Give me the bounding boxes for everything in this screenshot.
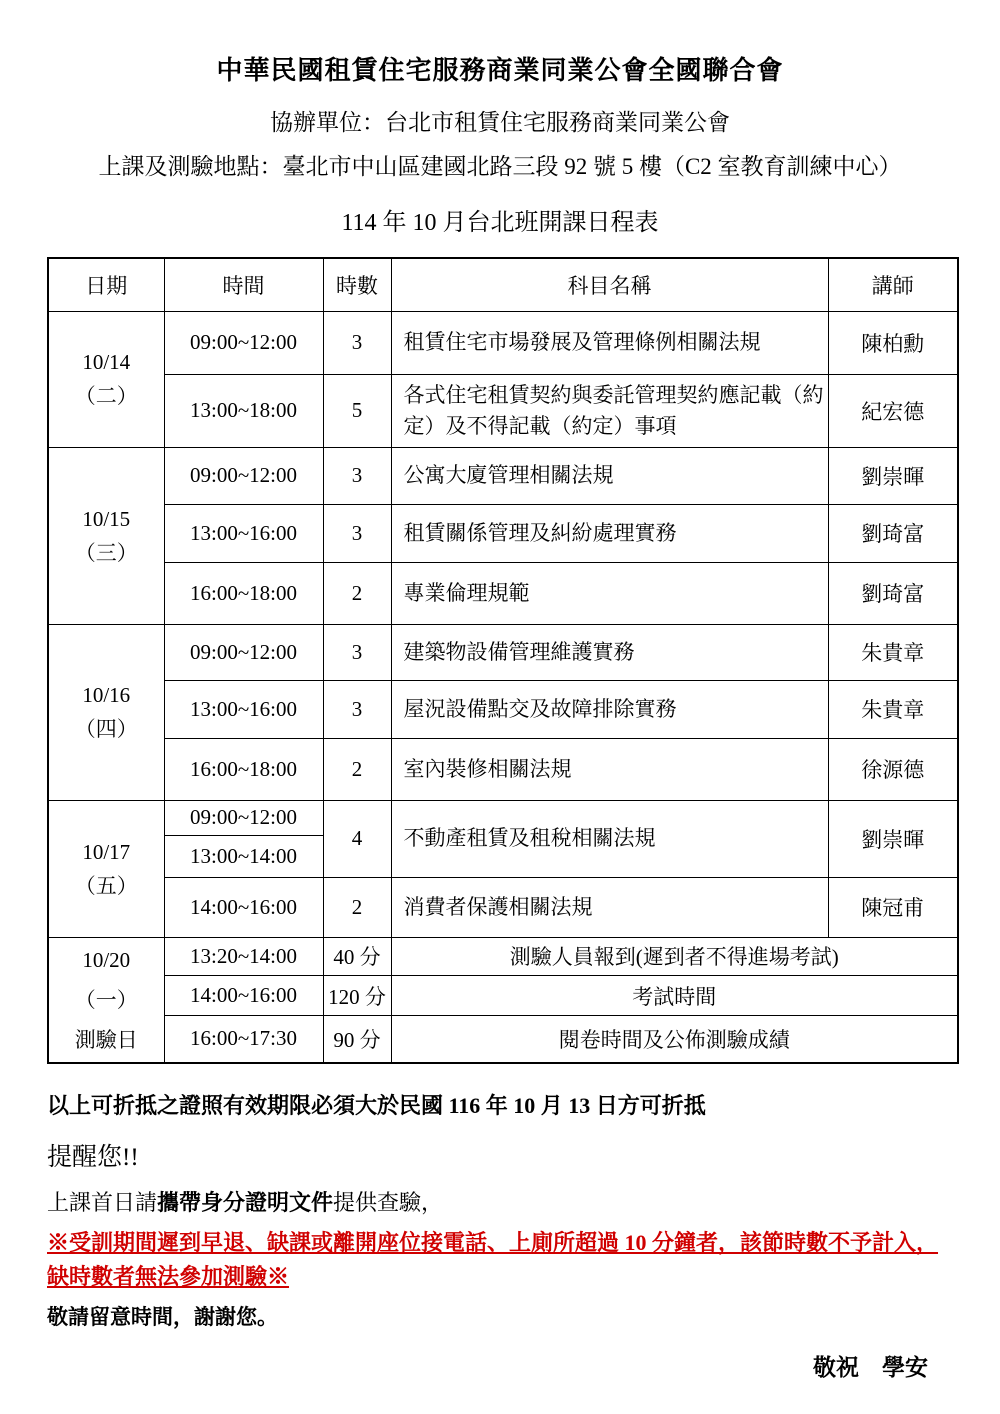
table-row: 10/14 （二） 09:00~12:00 3 租賃住宅市場發展及管理條例相關法… <box>48 311 958 374</box>
table-row: 13:00~18:00 5 各式住宅租賃契約與委託管理契約應記載（約定）及不得記… <box>48 374 958 447</box>
teacher-cell: 劉崇暉 <box>828 447 958 504</box>
hours-cell: 3 <box>323 680 391 738</box>
salutation: 敬祝 學安 <box>47 1349 960 1382</box>
teacher-cell: 朱貴章 <box>828 624 958 680</box>
hours-cell: 3 <box>323 311 391 374</box>
subject-cell: 租賃住宅市場發展及管理條例相關法規 <box>391 311 828 374</box>
date-label: 10/20 <box>53 940 160 980</box>
weekday-label: （三） <box>53 536 160 570</box>
organization-title: 中華民國租賃住宅服務商業同業公會全國聯合會 <box>0 50 1000 87</box>
teacher-cell: 陳柏勳 <box>828 311 958 374</box>
date-label: 10/16 <box>53 678 160 712</box>
id-line-suffix: 提供查驗， <box>333 1190 443 1215</box>
subject-cell: 室內裝修相關法規 <box>391 738 828 800</box>
date-cell-10-14: 10/14 （二） <box>48 311 164 447</box>
subject-cell: 考試時間 <box>391 975 958 1015</box>
column-header-subject: 科目名稱 <box>391 258 828 311</box>
column-header-date: 日期 <box>48 258 164 311</box>
table-row: 10/16 （四） 09:00~12:00 3 建築物設備管理維護實務 朱貴章 <box>48 624 958 680</box>
teacher-cell: 紀宏德 <box>828 374 958 447</box>
table-row: 10/15 （三） 09:00~12:00 3 公寓大廈管理相關法規 劉崇暉 <box>48 447 958 504</box>
table-header-row: 日期 時間 時數 科目名稱 講師 <box>48 258 958 311</box>
time-cell: 16:00~18:00 <box>164 738 323 800</box>
weekday-label: （五） <box>53 869 160 903</box>
time-cell: 13:00~16:00 <box>164 504 323 562</box>
hours-cell: 4 <box>323 800 391 877</box>
time-cell: 14:00~16:00 <box>164 877 323 937</box>
teacher-cell: 徐源德 <box>828 738 958 800</box>
table-row: 13:00~16:00 3 屋況設備點交及故障排除實務 朱貴章 <box>48 680 958 738</box>
teacher-cell: 陳冠甫 <box>828 877 958 937</box>
attendance-warning-line-1: ※受訓期間遲到早退、缺課或離開座位接電話、上廁所超過 10 分鐘者，該節時數不予… <box>47 1226 960 1260</box>
weekday-label: （一） <box>53 980 160 1020</box>
teacher-cell: 劉琦富 <box>828 504 958 562</box>
subject-cell: 建築物設備管理維護實務 <box>391 624 828 680</box>
subject-cell: 各式住宅租賃契約與委託管理契約應記載（約定）及不得記載（約定）事項 <box>391 374 828 447</box>
time-cell: 09:00~12:00 <box>164 311 323 374</box>
date-cell-10-16: 10/16 （四） <box>48 624 164 800</box>
subject-cell: 不動產租賃及租稅相關法規 <box>391 800 828 877</box>
subject-cell: 專業倫理規範 <box>391 562 828 624</box>
hours-cell: 3 <box>323 504 391 562</box>
document-page: 中華民國租賃住宅服務商業同業公會全國聯合會 協辦單位：台北市租賃住宅服務商業同業… <box>0 0 1000 1382</box>
table-row: 13:00~16:00 3 租賃關係管理及糾紛處理實務 劉琦富 <box>48 504 958 562</box>
attendance-warning: ※受訓期間遲到早退、缺課或離開座位接電話、上廁所超過 10 分鐘者，該節時數不予… <box>47 1226 960 1294</box>
teacher-cell: 劉崇暉 <box>828 800 958 877</box>
time-cell: 13:00~18:00 <box>164 374 323 447</box>
teacher-cell: 朱貴章 <box>828 680 958 738</box>
date-label: 10/14 <box>53 345 160 379</box>
course-schedule-table: 日期 時間 時數 科目名稱 講師 10/14 （二） 09:00~12:00 3… <box>47 257 959 1064</box>
date-label: 10/15 <box>53 502 160 536</box>
hours-cell: 2 <box>323 738 391 800</box>
hours-cell: 2 <box>323 562 391 624</box>
subject-cell: 閱卷時間及公佈測驗成績 <box>391 1016 958 1063</box>
co-organizer-line: 協辦單位：台北市租賃住宅服務商業同業公會 <box>0 104 1000 137</box>
table-row: 14:00~16:00 2 消費者保護相關法規 陳冠甫 <box>48 877 958 937</box>
time-cell: 16:00~17:30 <box>164 1016 323 1063</box>
date-cell-10-20: 10/20 （一） 測驗日 <box>48 937 164 1063</box>
table-row: 16:00~18:00 2 室內裝修相關法規 徐源德 <box>48 738 958 800</box>
attendance-warning-line-2: 缺時數者無法參加測驗※ <box>47 1260 960 1294</box>
closing-line: 敬請留意時間，謝謝您。 <box>47 1301 960 1331</box>
column-header-hours: 時數 <box>323 258 391 311</box>
weekday-label: （二） <box>53 379 160 413</box>
teacher-cell: 劉琦富 <box>828 562 958 624</box>
hours-cell: 5 <box>323 374 391 447</box>
time-cell: 09:00~12:00 <box>164 624 323 680</box>
reminder-heading: 提醒您!! <box>47 1137 960 1173</box>
credit-validity-note: 以上可折抵之證照有效期限必須大於民國 116 年 10 月 13 日方可折抵 <box>47 1089 960 1120</box>
subject-cell: 測驗人員報到(遲到者不得進場考試) <box>391 937 958 975</box>
table-row: 14:00~16:00 120 分 考試時間 <box>48 975 958 1015</box>
hours-cell: 3 <box>323 447 391 504</box>
document-header: 中華民國租賃住宅服務商業同業公會全國聯合會 協辦單位：台北市租賃住宅服務商業同業… <box>0 50 1000 237</box>
subject-cell: 屋況設備點交及故障排除實務 <box>391 680 828 738</box>
table-row: 10/17 （五） 09:00~12:00 4 不動產租賃及租稅相關法規 劉崇暉 <box>48 800 958 835</box>
table-row: 16:00~17:30 90 分 閱卷時間及公佈測驗成績 <box>48 1016 958 1063</box>
date-cell-10-15: 10/15 （三） <box>48 447 164 624</box>
time-cell: 13:00~16:00 <box>164 680 323 738</box>
time-cell: 13:20~14:00 <box>164 937 323 975</box>
exam-day-label: 測驗日 <box>53 1020 160 1060</box>
hours-cell: 3 <box>323 624 391 680</box>
weekday-label: （四） <box>53 712 160 746</box>
hours-cell: 90 分 <box>323 1016 391 1063</box>
time-cell: 13:00~14:00 <box>164 835 323 877</box>
column-header-time: 時間 <box>164 258 323 311</box>
subject-cell: 消費者保護相關法規 <box>391 877 828 937</box>
id-line-prefix: 上課首日請 <box>47 1190 157 1215</box>
location-line: 上課及測驗地點：臺北市中山區建國北路三段 92 號 5 樓（C2 室教育訓練中心… <box>0 148 1000 181</box>
hours-cell: 120 分 <box>323 975 391 1015</box>
time-cell: 09:00~12:00 <box>164 800 323 835</box>
column-header-teacher: 講師 <box>828 258 958 311</box>
time-cell: 14:00~16:00 <box>164 975 323 1015</box>
document-footer: 以上可折抵之證照有效期限必須大於民國 116 年 10 月 13 日方可折抵 提… <box>47 1089 960 1382</box>
id-line-emphasis: 攜帶身分證明文件 <box>157 1190 333 1215</box>
subject-cell: 租賃關係管理及糾紛處理實務 <box>391 504 828 562</box>
subject-cell: 公寓大廈管理相關法規 <box>391 447 828 504</box>
schedule-title: 114 年 10 月台北班開課日程表 <box>0 202 1000 237</box>
date-cell-10-17: 10/17 （五） <box>48 800 164 937</box>
hours-cell: 2 <box>323 877 391 937</box>
hours-cell: 40 分 <box>323 937 391 975</box>
date-label: 10/17 <box>53 835 160 869</box>
id-document-line: 上課首日請攜帶身分證明文件提供查驗， <box>47 1186 960 1217</box>
time-cell: 16:00~18:00 <box>164 562 323 624</box>
time-cell: 09:00~12:00 <box>164 447 323 504</box>
table-row: 10/20 （一） 測驗日 13:20~14:00 40 分 測驗人員報到(遲到… <box>48 937 958 975</box>
table-row: 16:00~18:00 2 專業倫理規範 劉琦富 <box>48 562 958 624</box>
